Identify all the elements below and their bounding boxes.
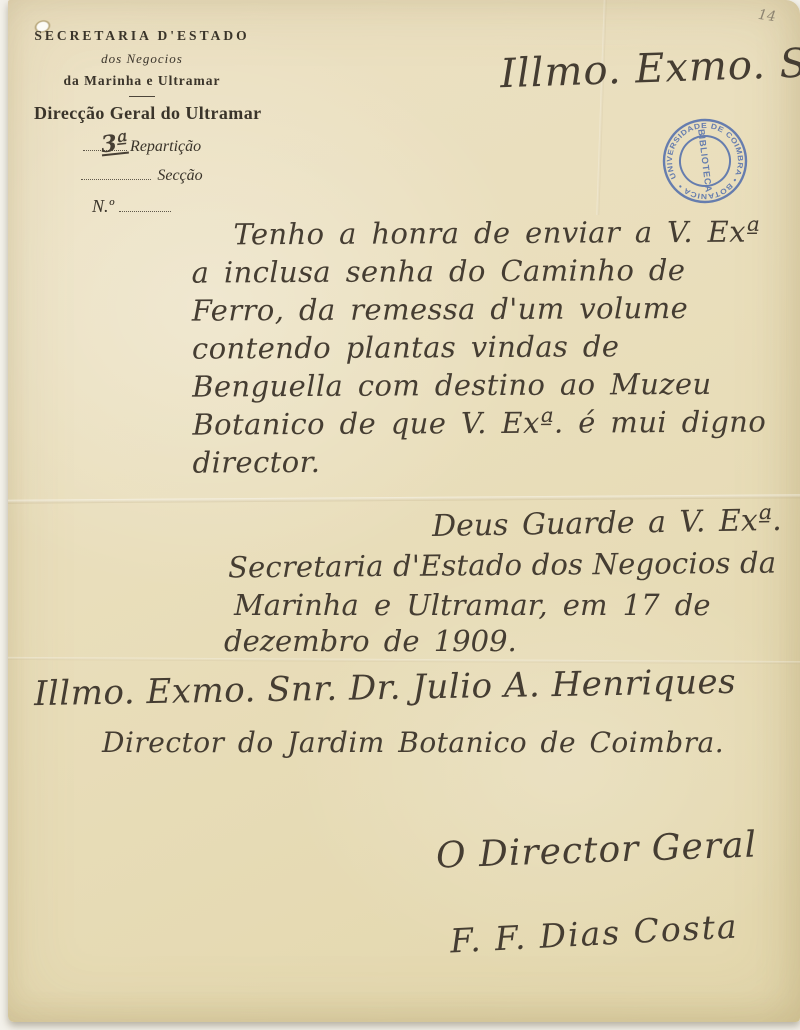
numero-line: N.º bbox=[34, 196, 250, 217]
letterhead-subtitle-1: dos Negocios bbox=[34, 51, 250, 67]
letterhead-subtitle-2: da Marinha e Ultramar bbox=[34, 73, 250, 89]
letter-body: Tenho a honra de enviar a V. Exª a inclu… bbox=[191, 212, 792, 481]
reparticao-label: Repartição bbox=[130, 138, 201, 155]
stamp-center-text: BIBLIOTECA bbox=[696, 129, 714, 194]
letterhead-department: Direcção Geral do Ultramar bbox=[34, 103, 250, 124]
body-line: Benguella com destino ao Muzeu bbox=[192, 364, 792, 405]
reparticao-line: 3ªRepartição bbox=[34, 135, 250, 156]
closing-line: Marinha e Ultramar, em 17 de bbox=[234, 588, 711, 622]
body-line: a inclusa senha do Caminho de bbox=[192, 250, 792, 291]
stamp-graphic: UNIVERSIDADE DE COIMBRA • BOTANICA • BIB… bbox=[637, 93, 772, 228]
seccao-line: Secção bbox=[34, 167, 250, 185]
addressee-title: Director do Jardim Botanico de Coimbra. bbox=[102, 726, 724, 759]
addressee-name: Illmo. Exmo. Snr. Dr. Julio A. Henriques bbox=[34, 662, 737, 714]
body-line: Ferro, da remessa d'um volume bbox=[192, 288, 792, 329]
numero-label: N.º bbox=[92, 196, 114, 216]
seccao-label: Secção bbox=[157, 167, 202, 184]
body-line: Tenho a honra de enviar a V. Exª bbox=[191, 212, 791, 253]
dotted-blank bbox=[81, 167, 151, 180]
page-number: 14 bbox=[757, 7, 777, 25]
salutation-text: Illmo. Exmo. Snr. bbox=[499, 39, 800, 98]
closing-line: Secretaria d'Estado dos Negocios da bbox=[228, 546, 777, 585]
letter-page: 14 SECRETARIA D'ESTADO dos Negocios da M… bbox=[8, 0, 800, 1022]
salutation: Illmo. Exmo. Snr. — bbox=[499, 37, 800, 98]
body-line: Botanico de que V. Exª. é mui digno bbox=[192, 402, 792, 443]
horizontal-fold-crease bbox=[8, 494, 800, 504]
printed-letterhead: SECRETARIA D'ESTADO dos Negocios da Mari… bbox=[34, 20, 250, 217]
library-stamp: UNIVERSIDADE DE COIMBRA • BOTANICA • BIB… bbox=[637, 93, 772, 228]
letterhead-divider bbox=[129, 96, 155, 97]
body-line: director. bbox=[193, 440, 793, 481]
signature-title: O Director Geral bbox=[435, 824, 757, 876]
dotted-blank bbox=[119, 199, 171, 212]
closing-line: dezembro de 1909. bbox=[224, 624, 517, 658]
letterhead-title: SECRETARIA D'ESTADO bbox=[34, 28, 250, 44]
vertical-fold-crease bbox=[596, 0, 607, 215]
handwritten-reparticao-number: 3ª bbox=[100, 134, 129, 157]
body-line: contendo plantas vindas de bbox=[192, 326, 792, 367]
closing-line: Deus Guarde a V. Exª. bbox=[432, 503, 782, 544]
signature-name: F. F. Dias Costa bbox=[449, 906, 739, 960]
